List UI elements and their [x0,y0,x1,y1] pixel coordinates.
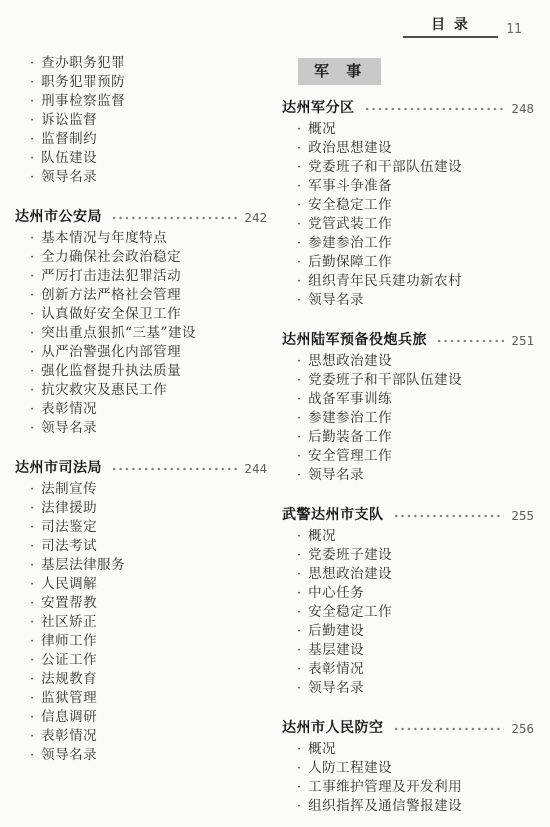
toc-item: · 军事斗争准备 [297,177,534,196]
toc-item-label: 监督制约 [41,130,97,149]
toc-item: · 人防工程建设 [297,759,534,778]
section-heading: 达州市人民防空 256 [282,719,534,738]
toc-item-label: 法律援助 [41,499,97,518]
bullet-icon: · [30,130,34,149]
toc-item-label: 参建参治工作 [308,409,392,428]
toc-item-label: 表彰情况 [41,727,97,746]
section-banner-military: 军 事 [298,58,381,85]
dot-leader [111,463,237,475]
section-page-number: 256 [511,719,534,738]
bullet-icon: · [30,286,34,305]
bullet-icon: · [30,305,34,324]
bullet-icon: · [297,371,301,390]
toc-item: · 法规教育 [30,670,267,689]
toc-item: · 法制宣传 [30,480,267,499]
toc-item-label: 组织指挥及通信警报建设 [308,797,462,816]
dot-leader [393,723,505,735]
section-item-list: · 基本情况与年度特点 · 全力确保社会政治稳定 · 严厉打击违法犯罪活动 · … [15,229,267,438]
section-title: 达州市司法局 [15,459,102,478]
toc-item-label: 抗灾救灾及惠民工作 [41,381,167,400]
toc-item-label: 军事斗争准备 [308,177,392,196]
section-heading: 达州陆军预备役炮兵旅 251 [282,331,534,350]
toc-item-label: 领导名录 [41,419,97,438]
toc-item-label: 公证工作 [41,651,97,670]
toc-item: · 社区矫正 [30,613,267,632]
toc-item: · 战备军事训练 [297,390,534,409]
toc-item-label: 组织青年民兵建功新农村 [308,272,462,291]
toc-item: · 监督制约 [30,130,267,149]
bullet-icon: · [297,390,301,409]
toc-item-label: 参建参治工作 [308,234,392,253]
section-item-list: · 查办职务犯罪 · 职务犯罪预防 · 刑事检察监督 · 诉讼监督 · 监督制约… [15,54,267,187]
bullet-icon: · [30,54,34,73]
toc-item-label: 后勤保障工作 [308,253,392,272]
toc-item-label: 队伍建设 [41,149,97,168]
bullet-icon: · [30,670,34,689]
toc-item: · 信息调研 [30,708,267,727]
bullet-icon: · [297,272,301,291]
toc-item: · 基本情况与年度特点 [30,229,267,248]
toc-item-label: 概况 [308,527,336,546]
toc-item-label: 党管武装工作 [308,215,392,234]
dot-leader [393,510,505,522]
toc-item: · 全力确保社会政治稳定 [30,248,267,267]
bullet-icon: · [30,149,34,168]
bullet-icon: · [297,428,301,447]
section-title: 达州市公安局 [15,208,102,227]
toc-section: 达州市人民防空 256 · 概况 · 人防工程建设 · 工事维护管理及开发利用 … [282,719,534,816]
bullet-icon: · [297,603,301,622]
toc-item-label: 认真做好安全保卫工作 [41,305,181,324]
toc-item: · 领导名录 [30,746,267,765]
toc-item-label: 法制宣传 [41,480,97,499]
toc-item: · 思想政治建设 [297,352,534,371]
toc-item: · 参建参治工作 [297,409,534,428]
section-page-number: 248 [511,99,534,118]
toc-item: · 抗灾救灾及惠民工作 [30,381,267,400]
bullet-icon: · [297,215,301,234]
section-title: 武警达州市支队 [282,506,384,525]
bullet-icon: · [30,651,34,670]
bullet-icon: · [297,797,301,816]
toc-item-label: 信息调研 [41,708,97,727]
bullet-icon: · [297,740,301,759]
toc-item: · 刑事检察监督 [30,92,267,111]
toc-item-label: 司法考试 [41,537,97,556]
toc-item: · 后勤保障工作 [297,253,534,272]
bullet-icon: · [297,679,301,698]
toc-item: · 领导名录 [30,419,267,438]
toc-section: 武警达州市支队 255 · 概况 · 党委班子建设 · 思想政治建设 · 中心任… [282,506,534,698]
bullet-icon: · [297,139,301,158]
toc-item-label: 思想政治建设 [308,565,392,584]
toc-item: · 队伍建设 [30,149,267,168]
toc-item-label: 概况 [308,120,336,139]
bullet-icon: · [297,291,301,310]
toc-item-label: 刑事检察监督 [41,92,125,111]
bullet-icon: · [297,409,301,428]
toc-item: · 公证工作 [30,651,267,670]
toc-item-label: 法规教育 [41,670,97,689]
section-heading: 武警达州市支队 255 [282,506,534,525]
toc-item-label: 人防工程建设 [308,759,392,778]
toc-item: · 领导名录 [297,466,534,485]
toc-item: · 基层建设 [297,641,534,660]
bullet-icon: · [30,575,34,594]
bullet-icon: · [30,168,34,187]
bullet-icon: · [30,400,34,419]
toc-item: · 参建参治工作 [297,234,534,253]
bullet-icon: · [30,613,34,632]
toc-item: · 领导名录 [297,679,534,698]
bullet-icon: · [297,622,301,641]
bullet-icon: · [297,778,301,797]
toc-item-label: 党委班子和干部队伍建设 [308,371,462,390]
toc-item-label: 安置帮教 [41,594,97,613]
toc-column-left: · 查办职务犯罪 · 职务犯罪预防 · 刑事检察监督 · 诉讼监督 · 监督制约… [15,54,267,816]
toc-item: · 创新方法严格社会管理 [30,286,267,305]
toc-item-label: 人民调解 [41,575,97,594]
bullet-icon: · [297,466,301,485]
toc-item-label: 司法鉴定 [41,518,97,537]
bullet-icon: · [30,480,34,499]
bullet-icon: · [30,746,34,765]
toc-item: · 律师工作 [30,632,267,651]
dot-leader [364,103,505,115]
toc-item: · 表彰情况 [30,400,267,419]
bullet-icon: · [30,92,34,111]
bullet-icon: · [297,660,301,679]
toc-item: · 表彰情况 [30,727,267,746]
bullet-icon: · [30,73,34,92]
bullet-icon: · [297,158,301,177]
bullet-icon: · [30,229,34,248]
section-heading: 达州市司法局 244 [15,459,267,478]
toc-item: · 表彰情况 [297,660,534,679]
toc-item-label: 中心任务 [308,584,364,603]
toc-item-label: 基本情况与年度特点 [41,229,167,248]
section-heading: 达州军分区 248 [282,99,534,118]
section-page-number: 244 [244,459,267,478]
toc-item: · 突出重点狠抓“三基”建设 [30,324,267,343]
toc-item-label: 社区矫正 [41,613,97,632]
bullet-icon: · [297,527,301,546]
bullet-icon: · [30,518,34,537]
section-item-list: · 概况 · 党委班子建设 · 思想政治建设 · 中心任务 · 安全稳定工作 ·… [282,527,534,698]
toc-item: · 党委班子和干部队伍建设 [297,371,534,390]
running-head: 目 录 11 [15,16,535,38]
toc-item-label: 律师工作 [41,632,97,651]
section-title: 达州市人民防空 [282,719,384,738]
toc-item: · 党委班子和干部队伍建设 [297,158,534,177]
toc-item: · 中心任务 [297,584,534,603]
toc-item-label: 战备军事训练 [308,390,392,409]
bullet-icon: · [30,594,34,613]
section-heading: 达州市公安局 242 [15,208,267,227]
toc-item: · 人民调解 [30,575,267,594]
section-item-list: · 概况 · 人防工程建设 · 工事维护管理及开发利用 · 组织指挥及通信警报建… [282,740,534,816]
toc-item-label: 职务犯罪预防 [41,73,125,92]
section-title: 达州陆军预备役炮兵旅 [282,331,427,350]
toc-item: · 组织指挥及通信警报建设 [297,797,534,816]
toc-item-label: 后勤装备工作 [308,428,392,447]
toc-item-label: 领导名录 [41,746,97,765]
toc-item-label: 基层建设 [308,641,364,660]
toc-item-label: 党委班子和干部队伍建设 [308,158,462,177]
bullet-icon: · [30,419,34,438]
bullet-icon: · [30,689,34,708]
bullet-icon: · [297,253,301,272]
bullet-icon: · [297,584,301,603]
dot-leader [111,212,237,224]
section-page-number: 255 [511,506,534,525]
toc-item: · 党委班子建设 [297,546,534,565]
toc-item-label: 后勤建设 [308,622,364,641]
toc-item: · 政治思想建设 [297,139,534,158]
bullet-icon: · [297,120,301,139]
bullet-icon: · [297,641,301,660]
toc-item: · 安置帮教 [30,594,267,613]
toc-item: · 认真做好安全保卫工作 [30,305,267,324]
bullet-icon: · [297,546,301,565]
toc-item: · 严厉打击违法犯罪活动 [30,267,267,286]
bullet-icon: · [30,381,34,400]
bullet-icon: · [297,234,301,253]
bullet-icon: · [297,447,301,466]
bullet-icon: · [30,537,34,556]
toc-item: · 安全稳定工作 [297,603,534,622]
toc-item-label: 诉讼监督 [41,111,97,130]
bullet-icon: · [297,759,301,778]
toc-item: · 概况 [297,527,534,546]
bullet-icon: · [30,556,34,575]
toc-item: · 查办职务犯罪 [30,54,267,73]
bullet-icon: · [297,177,301,196]
toc-item-label: 查办职务犯罪 [41,54,125,73]
toc-item-label: 工事维护管理及开发利用 [308,778,462,797]
toc-item: · 司法鉴定 [30,518,267,537]
toc-item-label: 表彰情况 [308,660,364,679]
bullet-icon: · [30,362,34,381]
toc-item-label: 监狱管理 [41,689,97,708]
toc-item: · 基层法律服务 [30,556,267,575]
section-item-list: · 思想政治建设 · 党委班子和干部队伍建设 · 战备军事训练 · 参建参治工作… [282,352,534,485]
section-item-list: · 概况 · 政治思想建设 · 党委班子和干部队伍建设 · 军事斗争准备 · 安… [282,120,534,310]
bullet-icon: · [297,352,301,371]
toc-item-label: 安全稳定工作 [308,196,392,215]
toc-item: · 强化监督提升执法质量 [30,362,267,381]
toc-item: · 概况 [297,740,534,759]
toc-columns: · 查办职务犯罪 · 职务犯罪预防 · 刑事检察监督 · 诉讼监督 · 监督制约… [15,54,535,816]
section-page-number: 242 [244,208,267,227]
toc-item: · 领导名录 [30,168,267,187]
toc-item-label: 严厉打击违法犯罪活动 [41,267,181,286]
toc-item: · 组织青年民兵建功新农村 [297,272,534,291]
bullet-icon: · [30,343,34,362]
dot-leader [436,335,504,347]
bullet-icon: · [297,196,301,215]
toc-section: · 查办职务犯罪 · 职务犯罪预防 · 刑事检察监督 · 诉讼监督 · 监督制约… [15,54,267,187]
toc-section: 达州市司法局 244 · 法制宣传 · 法律援助 · 司法鉴定 · 司法考试 ·… [15,459,267,765]
bullet-icon: · [30,632,34,651]
toc-item: · 工事维护管理及开发利用 [297,778,534,797]
toc-section: 达州军分区 248 · 概况 · 政治思想建设 · 党委班子和干部队伍建设 · … [282,99,534,310]
toc-item-label: 政治思想建设 [308,139,392,158]
toc-item: · 职务犯罪预防 [30,73,267,92]
toc-item: · 法律援助 [30,499,267,518]
toc-section: 达州市公安局 242 · 基本情况与年度特点 · 全力确保社会政治稳定 · 严厉… [15,208,267,438]
toc-item-label: 全力确保社会政治稳定 [41,248,181,267]
toc-item-label: 创新方法严格社会管理 [41,286,181,305]
toc-item: · 司法考试 [30,537,267,556]
toc-item: · 监狱管理 [30,689,267,708]
toc-column-right: 军 事 达州军分区 248 · 概况 · 政治思想建设 · 党委班子和干部队伍建… [282,54,534,816]
toc-item: · 安全稳定工作 [297,196,534,215]
toc-item: · 诉讼监督 [30,111,267,130]
toc-item-label: 从严治警强化内部管理 [41,343,181,362]
toc-item: · 从严治警强化内部管理 [30,343,267,362]
bullet-icon: · [30,727,34,746]
toc-item-label: 安全稳定工作 [308,603,392,622]
toc-page: 目 录 11 · 查办职务犯罪 · 职务犯罪预防 · 刑事检察监督 · 诉讼监督… [0,0,550,827]
section-title: 达州军分区 [282,99,355,118]
toc-item-label: 基层法律服务 [41,556,125,575]
toc-item: · 安全管理工作 [297,447,534,466]
toc-item-label: 领导名录 [308,679,364,698]
toc-item: · 领导名录 [297,291,534,310]
page-number: 11 [498,22,530,38]
toc-item-label: 安全管理工作 [308,447,392,466]
toc-item-label: 强化监督提升执法质量 [41,362,181,381]
toc-item: · 概况 [297,120,534,139]
bullet-icon: · [30,248,34,267]
section-item-list: · 法制宣传 · 法律援助 · 司法鉴定 · 司法考试 · 基层法律服务 · 人… [15,480,267,765]
bullet-icon: · [30,267,34,286]
toc-item-label: 领导名录 [41,168,97,187]
toc-item-label: 领导名录 [308,291,364,310]
toc-section: 达州陆军预备役炮兵旅 251 · 思想政治建设 · 党委班子和干部队伍建设 · … [282,331,534,485]
toc-item-label: 概况 [308,740,336,759]
toc-item-label: 党委班子建设 [308,546,392,565]
toc-item: · 后勤装备工作 [297,428,534,447]
bullet-icon: · [30,499,34,518]
toc-item-label: 表彰情况 [41,400,97,419]
toc-item-label: 思想政治建设 [308,352,392,371]
bullet-icon: · [30,324,34,343]
page-title: 目 录 [403,14,498,38]
bullet-icon: · [30,111,34,130]
bullet-icon: · [297,565,301,584]
toc-item-label: 领导名录 [308,466,364,485]
bullet-icon: · [30,708,34,727]
toc-item-label: 突出重点狠抓“三基”建设 [41,324,196,343]
toc-item: · 党管武装工作 [297,215,534,234]
section-page-number: 251 [511,331,534,350]
toc-item: · 思想政治建设 [297,565,534,584]
toc-item: · 后勤建设 [297,622,534,641]
